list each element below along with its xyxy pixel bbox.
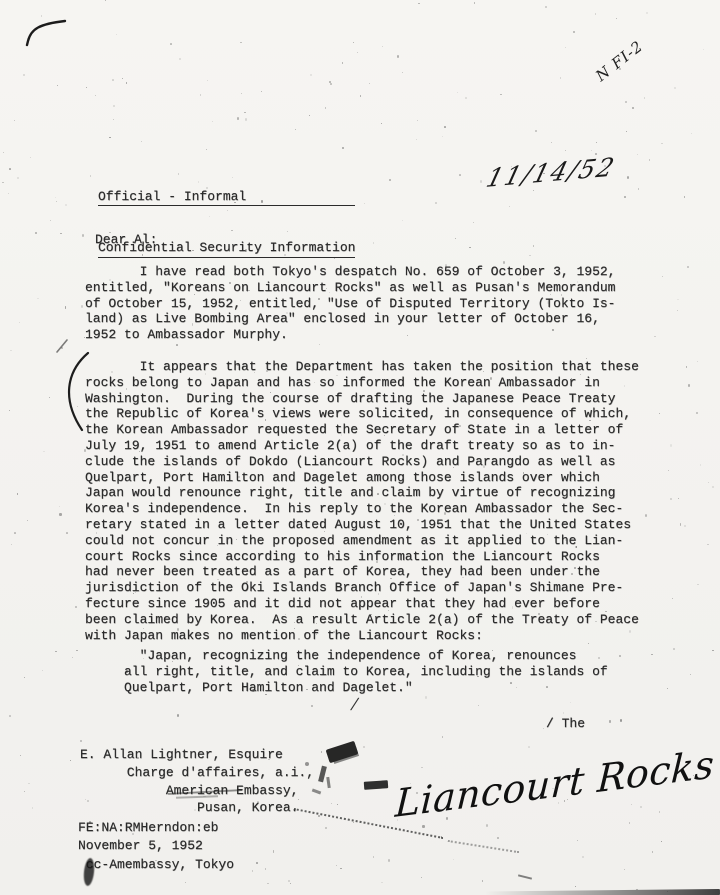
ink-dash-mark — [364, 780, 388, 790]
paragraph-2: It appears that the Department has taken… — [85, 359, 639, 643]
signature-continuation-note: / The — [546, 716, 585, 732]
pen-squiggle — [518, 874, 532, 879]
salutation: Dear Al: — [95, 232, 157, 248]
treaty-quote: "Japan, recognizing the independence of … — [85, 648, 608, 695]
pen-checkmark — [24, 14, 70, 48]
ink-smudge — [305, 762, 309, 766]
handwritten-liancourt-rocks: Liancourt Rocks — [394, 742, 715, 826]
scan-edge-artifact — [485, 889, 720, 895]
paragraph-1: I have read both Tokyo's despatch No. 65… — [85, 264, 616, 343]
colophon: FE:NA:RMHerndon:eb November 5, 1952 cc-A… — [78, 819, 234, 874]
ink-stamp-blob — [326, 741, 359, 764]
corner-note-handwriting: N FI-2 — [592, 37, 646, 85]
scanned-letter-page: N FI-2 Official - Informal Confidential … — [0, 0, 720, 895]
header-line-official-informal: Official - Informal — [98, 189, 355, 207]
recipient-address: E. Allan Lightner, Esquire Charge d'affa… — [80, 746, 314, 817]
handwritten-date: 11/14/52 — [483, 152, 619, 193]
stray-slash-mark: / — [351, 694, 358, 713]
ink-smudge — [326, 777, 331, 788]
ink-smudge — [318, 766, 327, 783]
dotted-pen-line — [448, 840, 519, 853]
